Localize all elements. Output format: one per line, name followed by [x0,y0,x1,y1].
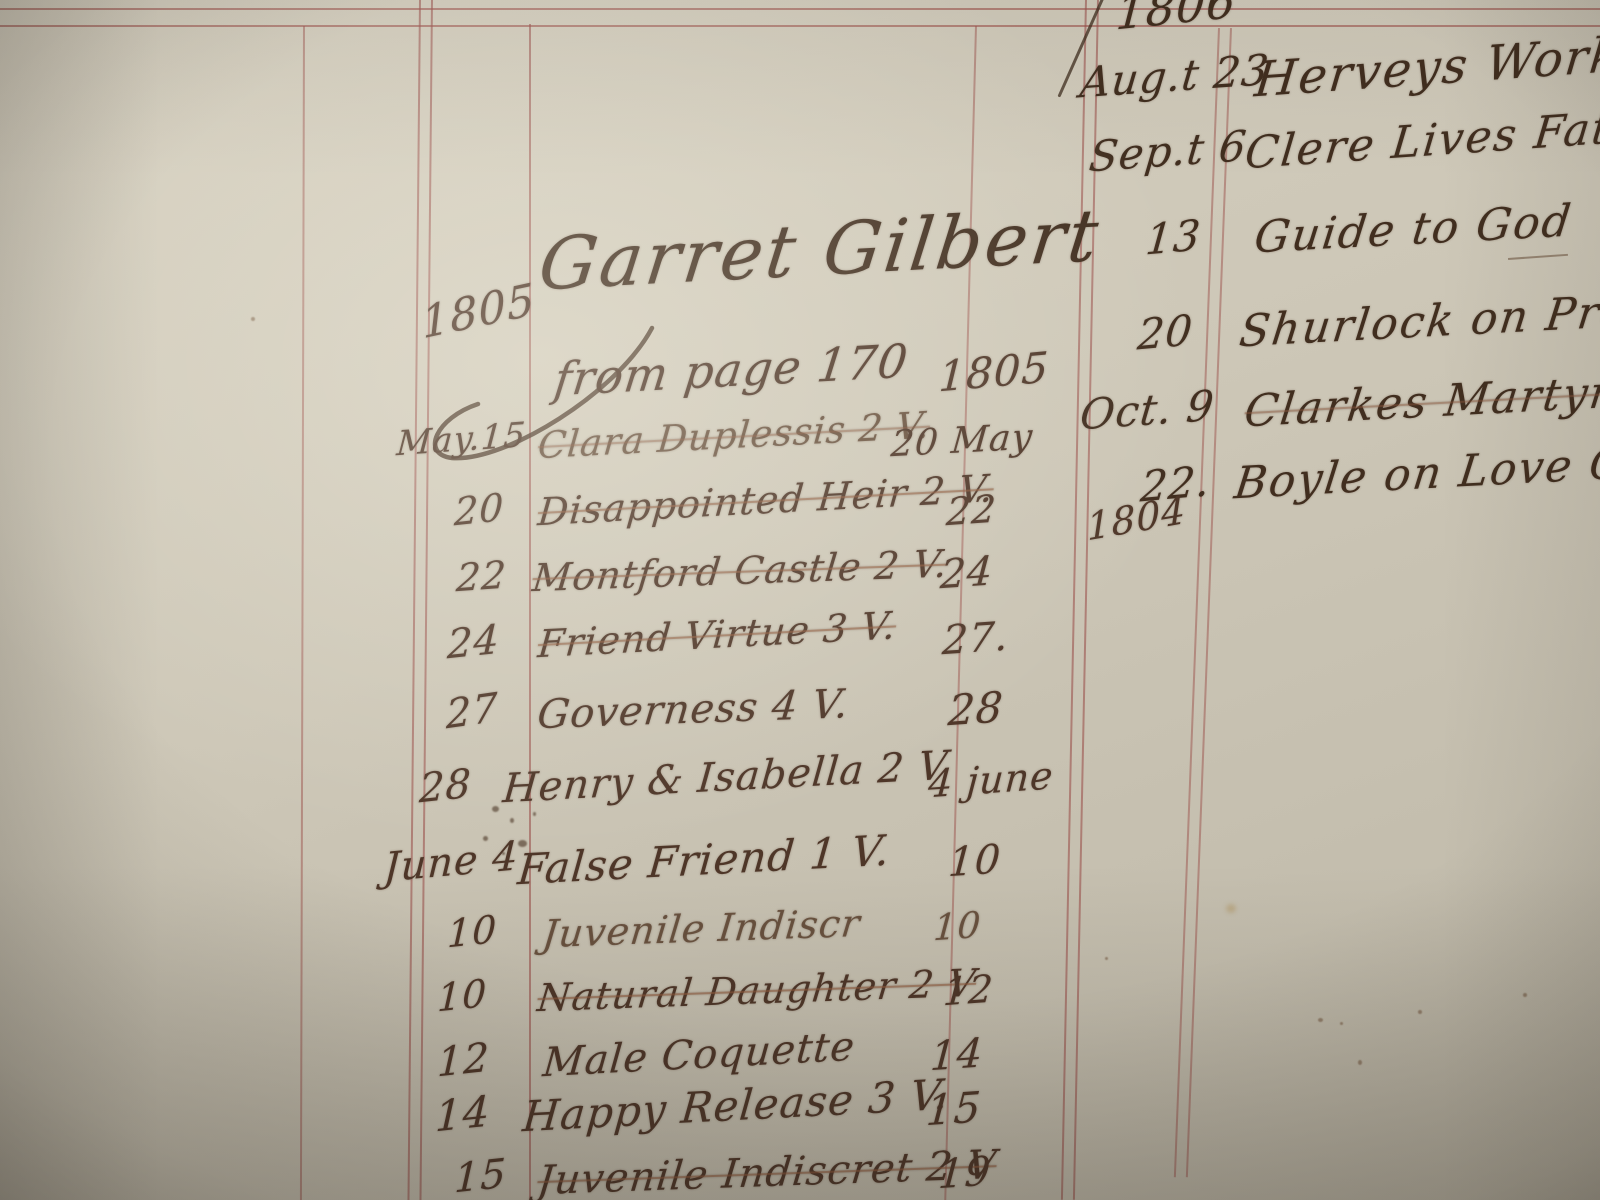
book-title: False Friend 1 V. [516,825,893,894]
return-date: 20 May [889,417,1034,466]
return-date: 4 june [927,753,1055,806]
paper-stain [1226,904,1236,913]
book-title: Friend Virtue 3 V. [536,603,898,666]
book-title: Juvenile Indiscr [540,901,862,956]
borrow-date: 12 [436,1034,490,1086]
ink-blot [533,812,536,816]
book-title: Boyle on Love G [1232,437,1600,509]
borrow-date: Sep.t 6 [1087,121,1250,181]
return-date: 19 [937,1148,993,1198]
borrow-date: June 4 [383,833,520,891]
book-title: Herveys Works [1252,25,1600,109]
return-date: 12 [942,966,995,1014]
vertical-rule-right-date-b [1186,28,1232,1177]
borrow-date: 10 [436,971,488,1021]
book-title: Montford Castle 2 V. [530,542,950,601]
horizontal-rule-top-1 [0,8,1600,10]
ink-blot [483,836,488,841]
return-date: 10 [932,905,983,950]
borrow-date: 22 [455,552,508,600]
horizontal-rule-top-2 [0,25,1600,27]
borrow-date: 10 [446,907,498,957]
return-date: 10 [947,836,1003,886]
ink-blot [518,840,527,847]
paper-speck [251,317,255,321]
flourish-line [1508,254,1568,260]
year-label: 1804 [1086,488,1187,550]
borrow-date: 28 [418,760,472,812]
ledger-photo: 1805 Garret Gilbert from page 170 1805 M… [0,0,1600,1200]
paper-speck [1358,1060,1362,1065]
borrower-name: Garret Gilbert [535,193,1106,307]
vertical-rule-date-col-b [419,0,433,1200]
year-label: 1805 [937,342,1050,401]
book-title: Clarkes Martyr [1242,367,1600,438]
return-date: 27. [941,613,1011,664]
book-title: Governess 4 V. [535,681,851,738]
vertical-rule-left-margin [300,26,305,1200]
borrow-date: 20 [453,485,505,535]
book-title: Guide to God [1252,195,1576,263]
borrow-date: 27 [446,685,498,739]
photo-vignette [0,0,1600,1200]
vertical-rule-title-col [529,24,531,1200]
borrow-date: 20 [1136,305,1196,359]
vertical-rule-date-col-a [407,0,421,1200]
paper-speck [1523,993,1527,997]
ink-blot [502,852,505,855]
return-date: 22 [945,486,998,534]
book-title: Juvenile Indiscret 2 V [535,1142,999,1200]
ink-blot [510,818,514,823]
year-label: 1806 [1114,0,1238,41]
ink-blot [492,806,499,812]
vertical-rule-right-page-a [1061,0,1087,1200]
paper-speck [1105,957,1108,960]
book-title: Natural Daughter 2 V [535,961,978,1021]
borrow-date: 15 [453,1150,507,1200]
return-date: 28 [947,682,1006,735]
borrow-date: 14 [434,1086,491,1141]
paper-speck [1318,1018,1323,1022]
borrow-date: Oct. 9 [1078,381,1217,440]
book-title: Shurlock on Provid [1237,282,1600,358]
borrow-date: 24 [446,616,500,668]
book-title: Clere Lives Fath [1243,100,1600,179]
return-date: 15 [925,1082,984,1135]
paper-speck [1418,1010,1422,1014]
borrow-date: 13 [1144,210,1204,264]
paper-speck [1340,1022,1343,1025]
borrow-date: Aug.t 23 [1078,45,1272,108]
book-title: Henry & Isabella 2 V [501,743,950,813]
vertical-rule-right-date-a [1174,28,1220,1177]
return-date: 24 [939,548,995,598]
